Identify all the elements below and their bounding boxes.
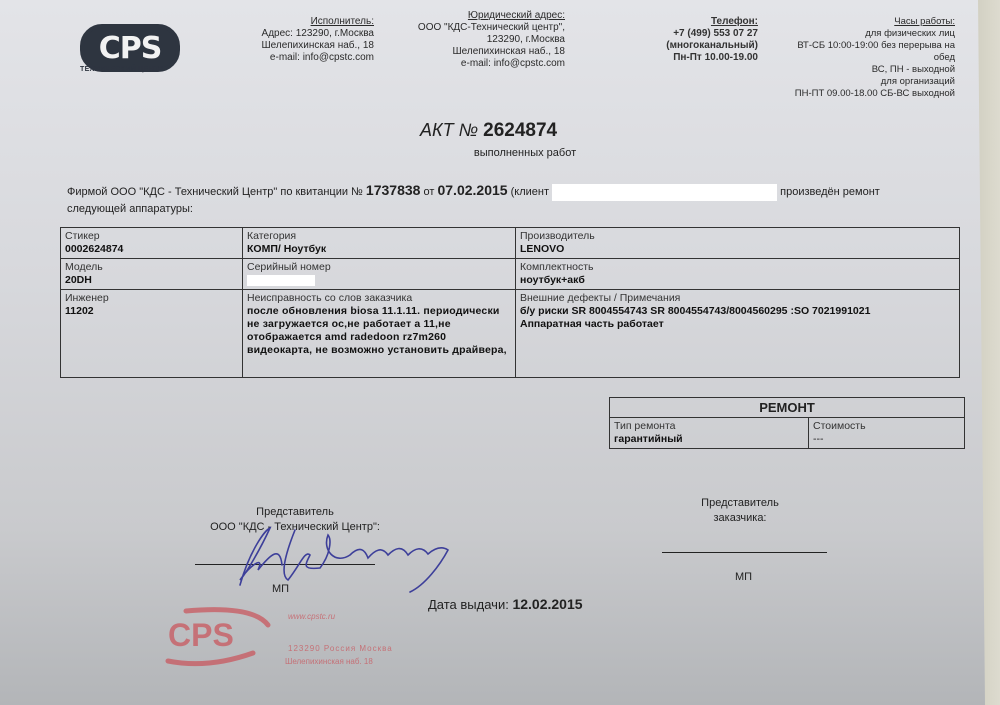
defects-note: Аппаратная часть работает [520,318,955,331]
manufacturer-cell: Производитель LENOVO [516,228,960,259]
phone-block: Телефон: +7 (499) 553 07 27 (многоканаль… [620,16,758,64]
logo-text: CPS [99,31,162,66]
company-stamp: CPS [158,603,278,669]
hours-line: ВС, ПН - выходной [770,64,955,76]
repair-type-label: Тип ремонта [614,420,804,433]
intro-part2: произведён ремонт [780,186,880,198]
handwritten-signature [210,510,460,595]
defects-label: Внешние дефекты / Примечания [520,292,955,305]
sticker-value: 0002624874 [65,243,238,256]
intro-from: от [424,186,435,198]
executor-email: e-mail: info@cpstc.com [220,52,374,64]
serial-label: Серийный номер [247,261,511,274]
kit-label: Комплектность [520,261,955,274]
engineer-cell: Инженер 11202 [61,290,243,378]
receipt-date: 07.02.2015 [437,182,507,198]
client-stamp-place: МП [735,571,752,583]
hours-line: для организаций [770,76,955,88]
client-rep-block: Представитель заказчика: [670,496,810,526]
intro-part1: Фирмой ООО "КДС - Технический Центр" по … [67,186,363,198]
category-label: Категория [247,230,511,243]
executor-title: Исполнитель: [220,16,374,28]
intro-text: Фирмой ООО "КДС - Технический Центр" по … [67,182,967,217]
stamp-logo-text: CPS [168,617,234,654]
category-value: КОМП/ Ноутбук [247,243,511,256]
repair-table: РЕМОНТ Тип ремонта гарантийный Стоимость… [609,397,965,449]
fault-label: Неисправность со слов заказчика [247,292,511,305]
issue-date-value: 12.02.2015 [512,596,582,612]
stamp-line1: 123290 Россия Москва [288,644,393,653]
phone-title: Телефон: [620,16,758,28]
document-page: CPS ТЕХНИЧЕСКИЙ ЦЕНТР Исполнитель: Адрес… [0,0,985,705]
hours-line: ВТ-СБ 10:00-19:00 без перерыва на [770,40,955,52]
issue-date-label: Дата выдачи: [428,597,509,612]
fault-value: после обновления biosa 11.1.11. периодич… [247,305,511,357]
legal-company: ООО "КДС-Технический центр", [395,22,565,34]
act-subtitle: выполненных работ [440,147,610,159]
legal-street: Шелепихинская наб., 18 [395,46,565,58]
table-row: Тип ремонта гарантийный Стоимость --- [610,418,965,449]
legal-email: e-mail: info@cpstc.com [395,58,565,70]
engineer-label: Инженер [65,292,238,305]
kit-cell: Комплектность ноутбук+акб [516,259,960,290]
repair-type-value: гарантийный [614,433,804,446]
hours-title: Часы работы: [770,16,955,28]
working-hours-block: Часы работы: для физических лиц ВТ-СБ 10… [770,16,955,100]
sticker-label: Стикер [65,230,238,243]
model-label: Модель [65,261,238,274]
hours-line: обед [770,52,955,64]
issue-date-block: Дата выдачи: 12.02.2015 [428,596,583,612]
repair-cost-value: --- [813,433,960,446]
client-name-redacted [552,184,777,201]
stamp-line2: Шелепихинская наб. 18 [285,657,373,666]
manufacturer-label: Производитель [520,230,955,243]
repair-cost-cell: Стоимость --- [809,418,965,449]
manufacturer-value: LENOVO [520,243,955,256]
executor-street: Шелепихинская наб., 18 [220,40,374,52]
hours-line: для физических лиц [770,28,955,40]
repair-type-cell: Тип ремонта гарантийный [610,418,809,449]
table-row: Инженер 11202 Неисправность со слов зака… [61,290,960,378]
phone-note: (многоканальный) [620,40,758,52]
engineer-value: 11202 [65,305,238,318]
cps-logo-icon: CPS [80,24,180,72]
model-value: 20DH [65,274,238,287]
legal-title: Юридический адрес: [395,10,565,22]
phone-hours: Пн-Пт 10.00-19.00 [620,52,758,64]
serial-redacted [247,275,315,286]
client-signature-line [662,552,827,553]
hours-line: ПН-ПТ 09.00-18.00 СБ-ВС выходной [770,88,955,100]
act-prefix: АКТ № [420,120,478,140]
defects-value: б/у риски SR 8004554743 SR 8004554743/80… [520,305,955,318]
fault-cell: Неисправность со слов заказчика после об… [243,290,516,378]
device-info-table: Стикер 0002624874 Категория КОМП/ Ноутбу… [60,227,960,378]
repair-cost-label: Стоимость [813,420,960,433]
executor-address: Адрес: 123290, г.Москва [220,28,374,40]
act-number: 2624874 [483,120,557,141]
intro-line2: следующей аппаратуры: [67,203,193,215]
sticker-cell: Стикер 0002624874 [61,228,243,259]
model-cell: Модель 20DH [61,259,243,290]
client-rep-sublabel: заказчика: [670,511,810,526]
kit-value: ноутбук+акб [520,274,955,287]
legal-city: 123290, г.Москва [395,34,565,46]
receipt-number: 1737838 [366,182,421,198]
table-row: РЕМОНТ [610,398,965,418]
serial-cell: Серийный номер [243,259,516,290]
client-rep-label: Представитель [670,496,810,511]
logo-subtitle: ТЕХНИЧЕСКИЙ ЦЕНТР [80,66,180,73]
table-row: Стикер 0002624874 Категория КОМП/ Ноутбу… [61,228,960,259]
act-title: АКТ № 2624874 [420,120,620,142]
legal-address-block: Юридический адрес: ООО "КДС-Технический … [395,10,565,70]
category-cell: Категория КОМП/ Ноутбук [243,228,516,259]
defects-cell: Внешние дефекты / Примечания б/у риски S… [516,290,960,378]
executor-block: Исполнитель: Адрес: 123290, г.Москва Шел… [220,16,374,64]
stamp-site: www.cpstc.ru [288,612,335,621]
phone-number: +7 (499) 553 07 27 [620,28,758,40]
table-row: Модель 20DH Серийный номер Комплектность… [61,259,960,290]
client-label: (клиент [511,186,549,198]
repair-title: РЕМОНТ [610,398,965,418]
